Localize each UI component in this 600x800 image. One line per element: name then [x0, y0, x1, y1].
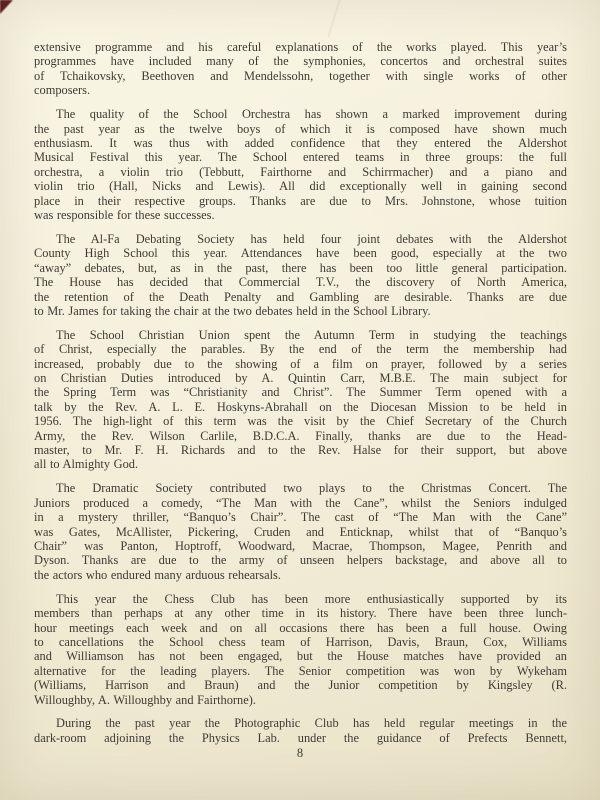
- text-line: During the past year the Photographic Cl…: [34, 716, 567, 730]
- text-line: Musical Festival this year. The School e…: [34, 150, 567, 164]
- paragraph: extensive programme and his careful expl…: [34, 40, 567, 98]
- text-line: was responsible for these successes.: [34, 208, 567, 222]
- text-line: to cancellations the School chess team o…: [34, 635, 567, 649]
- page-crease: [327, 0, 342, 37]
- text-line: the past year as the twelve boys of whic…: [34, 122, 567, 136]
- text-line: members than perhaps at any other time i…: [34, 606, 567, 620]
- text-line: composers.: [34, 83, 567, 97]
- text-line: Juniors produced a comedy, “The Man with…: [34, 496, 567, 510]
- text-line: enthusiasm. It was thus with added confi…: [34, 136, 567, 150]
- text-line: in a mystery thriller, “Banquo’s Chair”.…: [34, 510, 567, 524]
- text-line: the retention of the Death Penalty and G…: [34, 290, 567, 304]
- paragraph: The quality of the School Orchestra has …: [34, 107, 567, 222]
- text-line: 1956. The high-light of this term was th…: [34, 414, 567, 428]
- text-line: place in their respective groups. Thanks…: [34, 194, 567, 208]
- text-line: This year the Chess Club has been more e…: [34, 592, 567, 606]
- text-block: extensive programme and his careful expl…: [34, 40, 567, 755]
- text-line: programmes have included many of the sym…: [34, 54, 567, 68]
- page-corner-mark: [0, 0, 13, 14]
- text-line: County High School this year. Attendance…: [34, 246, 567, 260]
- document-page: extensive programme and his careful expl…: [0, 0, 600, 800]
- text-line: was Gates, McAllister, Pickering, Cruden…: [34, 525, 567, 539]
- text-line: Willoughby, A. Willoughby and Fairthorne…: [34, 693, 567, 707]
- text-line: The Al-Fa Debating Society has held four…: [34, 232, 567, 246]
- paragraph: The Dramatic Society contributed two pla…: [34, 481, 567, 582]
- text-line: Dyson. Thanks are due to the army of uns…: [34, 553, 567, 567]
- text-line: Army, the Rev. Wilson Carlile, B.D.C.A. …: [34, 429, 567, 443]
- text-line: to Mr. James for taking the chair at the…: [34, 304, 567, 318]
- text-line: master, to Mr. F. H. Richards and to the…: [34, 443, 567, 457]
- text-line: orchestra, a violin trio (Tebbutt, Fairt…: [34, 165, 567, 179]
- text-line: of Christ, especially the parables. By t…: [34, 342, 567, 356]
- text-line: all to Almighty God.: [34, 457, 567, 471]
- text-line: extensive programme and his careful expl…: [34, 40, 567, 54]
- text-line: on Christian Duties introduced by A. Qui…: [34, 371, 567, 385]
- paragraph: The Al-Fa Debating Society has held four…: [34, 232, 567, 318]
- text-line: violin trio (Hall, Nicks and Lewis). All…: [34, 179, 567, 193]
- text-line: the actors who endured many arduous rehe…: [34, 568, 567, 582]
- text-line: hour meetings each week and on all occas…: [34, 621, 567, 635]
- text-line: The House has decided that Commercial T.…: [34, 275, 567, 289]
- text-line: The quality of the School Orchestra has …: [34, 107, 567, 121]
- text-line: The Dramatic Society contributed two pla…: [34, 481, 567, 495]
- text-line: of Tchaikovsky, Beethoven and Mendelssoh…: [34, 69, 567, 83]
- text-line: Chair” was Panton, Hoptroff, Woodward, M…: [34, 539, 567, 553]
- text-line: The School Christian Union spent the Aut…: [34, 328, 567, 342]
- paragraph: This year the Chess Club has been more e…: [34, 592, 567, 707]
- text-line: (Williams, Harrison and Braun) and the J…: [34, 678, 567, 692]
- page-number: 8: [0, 746, 600, 760]
- text-line: increased, probably due to the showing o…: [34, 357, 567, 371]
- paragraph: During the past year the Photographic Cl…: [34, 716, 567, 745]
- text-line: “away” debates, but, as in the past, the…: [34, 261, 567, 275]
- paragraph: The School Christian Union spent the Aut…: [34, 328, 567, 472]
- text-line: dark-room adjoining the Physics Lab. und…: [34, 731, 567, 745]
- text-line: alternative for the leading players. The…: [34, 664, 567, 678]
- text-line: and Williamson has not been engaged, but…: [34, 649, 567, 663]
- text-line: the Spring Term was “Christianity and Ch…: [34, 385, 567, 399]
- text-line: talk by the Rev. A. L. E. Hoskyns-Abraha…: [34, 400, 567, 414]
